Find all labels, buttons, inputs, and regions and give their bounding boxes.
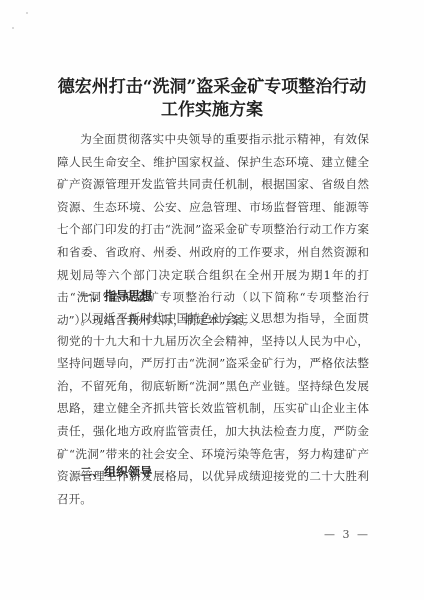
scan-speck [26,12,28,14]
section2-heading: 二、组织领导 [80,462,152,482]
document-title-line1: 德宏州打击“洗洞”盗采金矿专项整治行动 [0,76,424,98]
page-number: — 3 — [324,528,370,541]
scan-speck [12,27,14,29]
document-title-line2: 工作实施方案 [0,99,424,121]
document-page: 德宏州打击“洗洞”盗采金矿专项整治行动 工作实施方案 为全面贯彻落实中央领导的重… [0,0,424,600]
section1-heading: 一、指导思想 [80,286,152,306]
